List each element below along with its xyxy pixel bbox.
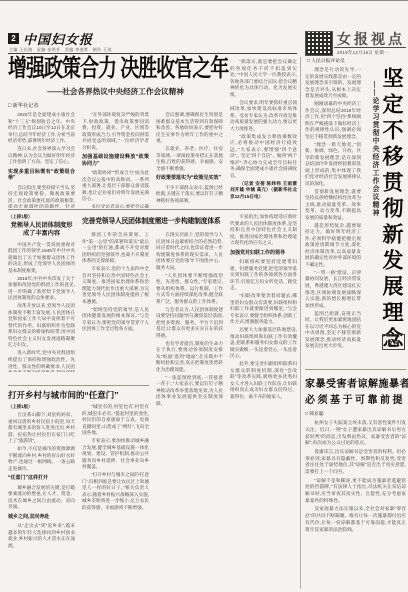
- article-paragraph: 还要大力加强基层阵地建设,推动妇联组织和妇联工作有效覆盖,把联系和服务妇女群众的…: [230, 327, 297, 360]
- article-paragraph: 会议指出,要坚持稳字当头,坚持宏观政策要稳、微观政策要活、社会政策要托底的政策框…: [8, 185, 75, 208]
- text-column: 专家指出,加快构建适应新时代要求的人民团体制度体系,是坚持和完善中国特色社会主义…: [230, 214, 297, 589]
- article-paragraph: 会议强调,要确保民生特别是困难群众基本生活得到有效保障和改善。各地纷纷表示,要把…: [156, 112, 223, 145]
- article-paragraph: “一张蓝图绘到底,一茬接着一茬干。”大家表示,要以钉钉子精神推动改革举措落地见效…: [156, 375, 223, 408]
- article-paragraph: 2020年是全面建成小康社会和“十三五”规划收官之年。中央经济工作会议10日至1…: [8, 112, 75, 145]
- text-column: 在现实层面上,党的领导与人民团体日益紧密结合的必然趋势,回应着时代之问,也印证着…: [156, 232, 223, 589]
- article-paragraph: 不少干部群众表示,蓝图已经绘就,关键在于落实,要以钉钉子精神抓好各项部署。: [156, 185, 223, 205]
- article-paragraph: “抓落实,就是要把会议确定的各项任务不折不扣落到实处。”中国人民大学一位教授表示…: [230, 59, 297, 98]
- page-number-badge: 2: [8, 33, 19, 44]
- article-paragraph: 多位受访者表示,要把会议确定的各项任务不折不扣落到实处,把政策红利转化为发展动能…: [82, 204, 149, 208]
- commentary-headline-line1: 家暴受害者谅解施暴者: [305, 375, 406, 390]
- commentary-byline: □ 韩亚聪: [305, 410, 406, 417]
- article-paragraph: “一带一路”建设、京津冀协同发展、长江经济带发展、粤港澳大湾区建设扎实推进,区域…: [305, 270, 361, 309]
- text-column: “抓落实,就是要把会议确定的各项任务不折不扣落到实处。”中国人民大学一位教授表示…: [230, 59, 297, 208]
- article-subhead: 实现多重目标需有“政策组合拳”: [8, 169, 75, 182]
- article-divider-rule: [8, 385, 149, 386]
- text-column: 群团工作的全局谋划、工作“第一公里”的部署和落实“最后一公里”的打通,都离不开党…: [82, 232, 149, 384]
- article-paragraph: “政策集成发力释放乘数效应,必将推动中国经济行稳致远。”大家表示,要增强“四个意…: [230, 134, 297, 180]
- text-column: 2020年是全面建成小康社会和“十三五”规划收官之年。中央经济工作会议10日至1…: [8, 112, 75, 208]
- article-paragraph: “理念一新天地宽。”创新、协调、绿色、开放、共享的新发展理念,是在深刻总结国内外…: [305, 142, 361, 188]
- article-paragraph: “妇联改革要奔着问题去,哪里的妇女群众有需要,妇联组织和妇联工作就要跟进到哪里。…: [230, 293, 297, 326]
- article-paragraph: “打开乡村与城市之间的‘任意门’,归根到底是要让农民过上和城里人一样的好日子。”…: [82, 472, 149, 511]
- article-paragraph: 蓝图已绘就,奋进正当时。让我们更加紧密地团结在以习近平同志为核心的党中央周围,坚…: [305, 311, 361, 350]
- article-paragraph: 毋庸讳言,出具谅解书是受害者的权利。但必须看到,家暴具有隐蔽性、周期性和反复性,…: [305, 449, 406, 476]
- article-paragraph: 2015年,中共中央印发了关于加强和改进党的群团工作的意见,进一步明确了新形势下…: [8, 276, 75, 302]
- newspaper-page: 2 中国妇女报 主编 王长路 责编 张明芳 美编 李凌霄 制作 王琰 女报视点 …: [0, 0, 408, 592]
- village-article-columns: （上接1版）万亩茶山脚下,刘星妈妈家、重回汉唐的乡村民宿小院里,每天都有城里来的…: [8, 404, 149, 588]
- article-paragraph: 进入新时代,党中央对群团组织提出了保持和增强政治性、先进性、群众性的明确要求,人…: [8, 350, 75, 371]
- main-article: 增强政策合力 决胜收官之年 ——社会各界热议中央经济工作会议精神 □ 新华社记者…: [8, 57, 297, 208]
- article-paragraph: 与会者认为,人民团体制度建设要坚持问题导向,聚焦基层基础,把更多资源、服务、平台…: [156, 307, 223, 340]
- article-paragraph: 此外,要完善妇联组织联系妇女群众的制度机制,深化“会改联”等改革实践,吸纳更多优…: [230, 361, 297, 400]
- article-paragraph: 妇联组织要坚持党建带妇建、妇建服务党建,把党的领导落实到妇联工作的各领域各方面各…: [230, 259, 297, 292]
- text-column: （上接1版）万亩茶山脚下,刘星妈妈家、重回汉唐的乡村民宿小院里,每天都有城里来的…: [8, 404, 75, 588]
- article-paragraph: 如今,不仅是城市的资源源源不断流向乡村,乡村的好山好水好物产,也通过一根网线、一…: [8, 446, 75, 472]
- lower-left-region: （上接1版） 党领导人民团体制度形成了丰富内容 中国共产党一贯高度重视对群团工作…: [8, 214, 297, 589]
- header-rule: [8, 53, 297, 54]
- village-article: 打开乡村与城市间的“任意门” （上接1版）万亩茶山脚下,刘星妈妈家、重回汉唐的乡…: [8, 389, 149, 589]
- main-headline: 增强政策合力 决胜收官之年: [8, 57, 248, 81]
- article-paragraph: “城里有的,村里也有;村里有的,城里未必有。”提起村里的变化,村民们的自豪感溢于…: [82, 404, 149, 437]
- article-paragraph: 反家庭暴力法实施以来,全社会对家暴“零容忍”的共识不断凝聚。唯有让每一次施暴都付…: [305, 506, 406, 533]
- sidebar-editorial: 理念是行动的先导,一定的发展实践都是由一定的发展理念来引领的。发展理念是否对头,…: [305, 67, 406, 367]
- article-paragraph: 刚刚闭幕的中央经济工作会议,深刻总结2019年经济工作,用“四个坚持”系统阐明在…: [305, 101, 361, 140]
- article-paragraph: 会议要求,明年要抓好重点领域改革,加快建设高标准市场体系。受访专家认为,改革开放…: [230, 100, 297, 133]
- article-paragraph: 专家表示,要加快推动城乡融合发展,健全城乡基础设施一体化规划、建设、管护机制,推…: [82, 438, 149, 471]
- continued-article: （上接1版） 党领导人民团体制度形成了丰富内容 中国共产党一贯高度重视对群团工作…: [8, 214, 75, 384]
- article-paragraph: 也有学者提出,制度的生命力在于执行,要推动各项制度安排从“纸面”落到“地面”,在…: [156, 341, 223, 374]
- village-article-headline: 打开乡村与城市间的“任意门”: [8, 389, 149, 401]
- section-divider-rule: [8, 209, 297, 210]
- article-paragraph: “始终坚持党的领导,是人民团体健康发展的根本保证。”与会专家认为,要把党的领导贯…: [82, 307, 149, 333]
- article-paragraph: 中国共产党一贯高度重视对群团工作的领导,1945年中共中央就做出了关于加强群众团…: [8, 242, 75, 275]
- sidebar-vertical-headline: 坚定不移贯彻新发展理念: [379, 67, 406, 367]
- article-paragraph: 专家指出,加快构建适应新时代要求的人民团体制度体系,是坚持和完善中国特色社会主义…: [230, 214, 297, 247]
- commentary-article: 家暴受害者谅解施暴者 必须基于可靠前提 □ 韩亚聪 杭州女子失踪案尘埃未落,又有…: [305, 375, 406, 584]
- main-subtitle: ——社会各界热议中央经济工作会议精神: [8, 86, 223, 97]
- article-subhead: 好政策要落实为“政策见实效”: [156, 175, 223, 182]
- text-column: “在外部环境复杂严峻的背景下,财政政策、货币政策要同消费、投资、就业、产业、区域…: [82, 112, 149, 208]
- continued-article-headline: 党领导人民团体制度形成了丰富内容: [8, 222, 75, 239]
- text-column: 理念是行动的先导,一定的发展实践都是由一定的发展理念来引领的。发展理念是否对头,…: [305, 67, 361, 367]
- continued-note: （上接1版）: [8, 404, 75, 410]
- article-paragraph: 理念是行动的先导,一定的发展实践都是由一定的发展理念来引领的。发展理念是否对头,…: [305, 67, 361, 100]
- section-title: 女报视点: [337, 29, 405, 49]
- article-subhead: 加强基础设施建设释放“政策协同力”: [82, 154, 149, 167]
- institution-article-headline: 完善党领导人民团体制度需进一步构建制度体系: [82, 215, 232, 225]
- qr-code: [306, 32, 332, 55]
- article-paragraph: 从“走出去”到“返乡来”,越来越多的年轻人选择回到乡村创业就业,乡村振兴的人才活…: [8, 523, 75, 549]
- article-paragraph: “人民团体要不断增强政治性、先进性、群众性。”专家建议,要从组织体系、运行机制、…: [156, 273, 223, 306]
- article-subhead: “任意门”这样打开: [8, 475, 75, 482]
- text-column: 杭州女子失踪案尘埃未落,又有恶性案件引发关注。近日,一则“女子遭家暴出具谅解书后…: [305, 420, 406, 584]
- article-paragraph: 贯彻新发展理念,就要坚持以供给侧结构性改革为主线,推动质量变革、效率变革、动力变…: [305, 189, 361, 222]
- article-paragraph: “在外部环境复杂严峻的背景下,财政政策、货币政策要同消费、投资、就业、产业、区域…: [82, 112, 149, 151]
- article-paragraph: “政策协同”“形成合力”成为此次会议公报中的高频词。一系列重大部署,让基层干部群…: [82, 170, 149, 203]
- article-paragraph: 群团工作的全局谋划、工作“第一公里”的部署和落实“最后一公里”的打通,都离不开党…: [82, 232, 149, 265]
- text-column: 中国共产党一贯高度重视对群团工作的领导,1945年中共中央就做出了关于加强群众团…: [8, 242, 75, 372]
- vertical-divider: [300, 57, 301, 589]
- sidebar-divider-rule: [305, 369, 406, 370]
- commentary-headline-line2: 必须基于可靠前提: [305, 391, 406, 406]
- text-column: 会议强调,要确保民生特别是困难群众基本生活得到有效保障和改善。各地纷纷表示,要把…: [156, 112, 223, 208]
- text-column: “城里有的,村里也有;村里有的,城里未必有。”提起村里的变化,村民们的自豪感溢于…: [82, 404, 149, 588]
- article-paragraph: “谅解不是和稀泥,更不能成为施暴者逃避惩处的挡箭牌。”有法律人士指出,司法机关在…: [305, 478, 406, 505]
- article-paragraph: 杭州女子失踪案尘埃未落,又有恶性案件引发关注。近日,一则“女子遭家暴出具谅解书后…: [305, 420, 406, 447]
- article-paragraph: 城乡融合发展的关键,是打破要素流动的壁垒,让人才、资金、技术在城乡之间自由流动、…: [8, 485, 75, 511]
- article-paragraph: 连日来,社会各界深入学习会议精神,认为会议为做好明年经济工作指明了方向、坚定了信…: [8, 146, 75, 166]
- column-label-box: 女声: [382, 334, 405, 350]
- sidebar-byline: □ 人民日报评论员: [307, 57, 406, 64]
- continued-note: （上接1版）: [8, 214, 75, 220]
- date-line: 2019年12月16日 星期一: [337, 50, 389, 56]
- article-paragraph: 在就业、养老、医疗、住房等领域,一项项政策举措正在落地生根,百姓的获得感、幸福感…: [156, 146, 223, 172]
- article-paragraph: 在现实层面上,党的领导与人民团体日益紧密结合的必然趋势,回应着时代之问,也印证着…: [156, 232, 223, 271]
- article-paragraph: 万亩茶山脚下,刘星妈妈家、重回汉唐的乡村民宿小院里,每天都有城里来的客人进进出出…: [8, 412, 75, 445]
- article-subhead: 城乡之间,双向奔赴: [8, 514, 75, 521]
- article-paragraph: 越是形势复杂,越要保持定力。做好明年经济工作,必须科学稳健把握宏观政策逆周期调节…: [305, 223, 361, 269]
- main-article-columns: 2020年是全面建成小康社会和“十三五”规划收官之年。中央经济工作会议10日至1…: [8, 112, 223, 208]
- article-subhead: 加强党对妇联工作的领导: [230, 250, 297, 257]
- section-title-rule: [334, 47, 406, 48]
- main-byline: □ 新华社记者: [8, 102, 223, 109]
- main-article-head-block: 增强政策合力 决胜收官之年 ——社会各界热议中央经济工作会议精神 □ 新华社记者…: [8, 57, 223, 109]
- article-paragraph: （记者 安蓓 陈炜伟 王雨萧 刘开雄 申铖 高亢）（据新华社北京12月15日电）: [230, 181, 297, 201]
- article-paragraph: 专家表示,党的十九届四中全会对坚持和完善中国特色社会主义制度、推进国家治理体系和…: [82, 266, 149, 305]
- sidebar: □ 人民日报评论员 理念是行动的先导,一定的发展实践都是由一定的发展理念来引领的…: [305, 57, 406, 589]
- article-paragraph: 改革开放以来,党领导人民团体制度不断丰富发展,人民团体在党和国家工作大局中发挥着…: [8, 303, 75, 349]
- newspaper-masthead: 中国妇女报: [23, 29, 93, 48]
